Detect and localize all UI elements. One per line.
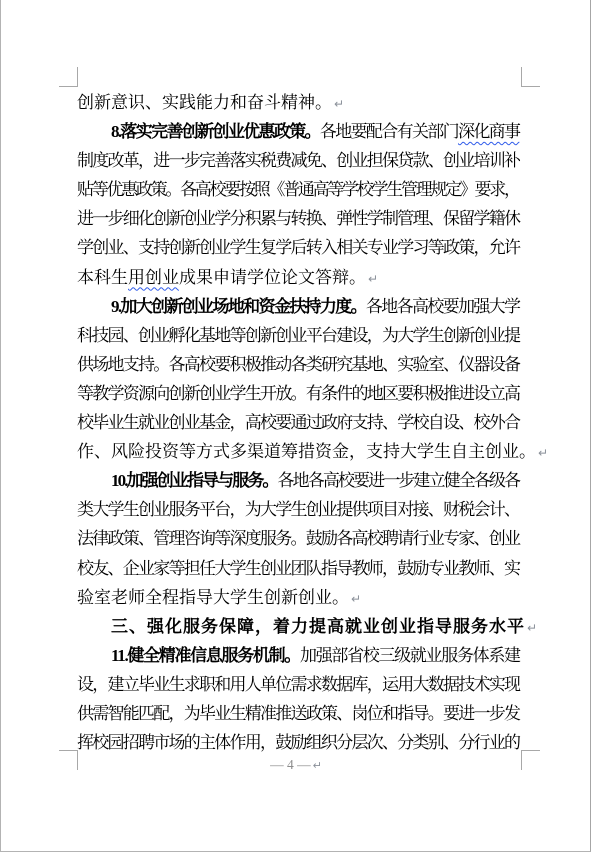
- paragraph-mark: ↵: [351, 592, 361, 606]
- text-line: 校友、企业家等担任大学生创业团队指导教师，鼓励专业教师、实: [77, 554, 521, 583]
- body-text: 加强部省校三级就业服务体系建: [300, 646, 520, 665]
- section-heading: 三、强化服务保障，着力提高就业创业指导服务水平: [111, 617, 525, 636]
- text-line: 类大学生创业服务平台，为大学生创业提供项目对接、财税会计、: [77, 495, 521, 524]
- body-text: 各地要配合有关部门: [320, 122, 458, 141]
- body-text: 校毕业生就业创业基金，高校要通过政府支持、学校自设、校外合: [77, 413, 519, 432]
- text-line: 进一步细化创新创业学分积累与转换、弹性学制管理、保留学籍休: [77, 204, 521, 233]
- text-line: 法律政策、管理咨询等深度服务。鼓励各高校聘请行业专家、创业: [77, 524, 521, 553]
- first-line-indent: [77, 136, 111, 137]
- page-number: — 4 —: [270, 757, 311, 772]
- text-line: 供场地支持。各高校要积极推动各类研究基地、实验室、仪器设备: [77, 350, 521, 379]
- text-line: 设，建立毕业生求职和用人单位需求数据库，运用大数据技术实现: [77, 670, 521, 699]
- text-line: 8.落实完善创新创业优惠政策。各地要配合有关部门深化商事: [77, 117, 521, 146]
- text-line: 本科生用创业成果申请学位论文答辩。↵: [77, 263, 521, 292]
- body-text: 本科生: [77, 268, 128, 287]
- text-line: 制度改革，进一步完善落实税费减免、创业担保贷款、创业培训补: [77, 146, 521, 175]
- text-line: 等教学资源向创新创业学生开放。有条件的地区要积极推进设立高: [77, 379, 521, 408]
- paragraph-lead-bold: 9.加大创新创业场地和资金扶持力度。: [111, 297, 366, 316]
- body-text: 挥校园招聘市场的主体作用，鼓励组织分层次、分类别、分行业的: [77, 733, 519, 752]
- paragraph-mark: ↵: [313, 759, 322, 772]
- body-text: 科技园、创业孵化基地等创新创业平台建设，为大学生创新创业提: [77, 326, 519, 345]
- text-line: 9.加大创新创业场地和资金扶持力度。各地各高校要加强大学: [77, 292, 521, 321]
- body-text: 验室老师全程指导大学生创新创业。: [77, 588, 349, 607]
- text-line: 供需智能匹配，为毕业生精准推送政策、岗位和指导。要进一步发: [77, 699, 521, 728]
- paragraph-mark: ↵: [527, 621, 537, 635]
- body-text: 类大学生创业服务平台，为大学生创业提供项目对接、财税会计、: [77, 500, 519, 519]
- body-text: 校友、企业家等担任大学生创业团队指导教师，鼓励专业教师、实: [77, 559, 519, 578]
- body-text: 进一步细化创新创业学分积累与转换、弹性学制管理、保留学籍休: [77, 209, 519, 228]
- body-text: 设，建立毕业生求职和用人单位需求数据库，运用大数据技术实现: [77, 675, 519, 694]
- text-line: 11.健全精准信息服务机制。加强部省校三级就业服务体系建: [77, 641, 521, 670]
- text-line: 三、强化服务保障，着力提高就业创业指导服务水平↵: [77, 612, 521, 641]
- text-area: 创新意识、实践能力和奋斗精神。↵8.落实完善创新创业优惠政策。各地要配合有关部门…: [77, 88, 521, 757]
- first-line-indent: [77, 631, 111, 632]
- body-text: 供场地支持。各高校要积极推动各类研究基地、实验室、仪器设备: [77, 355, 519, 374]
- body-text: 成果申请学位论文答辩。: [179, 268, 366, 287]
- body-text: 学创业、支持创新创业学生复学后转入相关专业学习等政策，允许: [77, 238, 519, 257]
- text-line: 10.加强创业指导与服务。各地各高校要进一步建立健全各级各: [77, 466, 521, 495]
- text-line: 贴等优惠政策。各高校要按照《普通高等学校学生管理规定》要求，: [77, 175, 521, 204]
- first-line-indent: [77, 311, 111, 312]
- body-text: 制度改革，进一步完善落实税费减免、创业担保贷款、创业培训补: [77, 151, 519, 170]
- first-line-indent: [77, 660, 111, 661]
- paragraph-lead-bold: 11.健全精准信息服务机制。: [111, 646, 300, 665]
- text-line: 作、风险投资等方式多渠道筹措资金，支持大学生自主创业。↵: [77, 437, 521, 466]
- body-text: 等教学资源向创新创业学生开放。有条件的地区要积极推进设立高: [77, 384, 519, 403]
- text-line: 挥校园招聘市场的主体作用，鼓励组织分层次、分类别、分行业的: [77, 728, 521, 757]
- text-line: 创新意识、实践能力和奋斗精神。↵: [77, 88, 521, 117]
- body-text: 作、风险投资等方式多渠道筹措资金，支持大学生自主创业。: [77, 442, 536, 461]
- body-text: 供需智能匹配，为毕业生精准推送政策、岗位和指导。要进一步发: [77, 704, 519, 723]
- paragraph-mark: ↵: [334, 97, 344, 111]
- paragraph-mark: ↵: [538, 446, 548, 460]
- document-viewport: 创新意识、实践能力和奋斗精神。↵8.落实完善创新创业优惠政策。各地要配合有关部门…: [0, 0, 597, 852]
- body-text: 贴等优惠政策。各高校要按照《普通高等学校学生管理规定》要求，: [77, 180, 519, 199]
- body-text: 各地各高校要加强大学: [366, 297, 519, 316]
- text-boundary-mark-top-left: [59, 67, 78, 87]
- paragraph-lead-bold: 10.加强创业指导与服务。: [111, 471, 278, 490]
- first-line-indent: [77, 485, 111, 486]
- text-line: 科技园、创业孵化基地等创新创业平台建设，为大学生创新创业提: [77, 321, 521, 350]
- body-text: 各地各高校要进一步建立健全各级各: [278, 471, 520, 490]
- body-text: 创新意识、实践能力和奋斗精神。: [77, 93, 332, 112]
- page-footer: — 4 —↵: [1, 757, 591, 773]
- spellcheck-flagged-text: 深化商事: [458, 122, 519, 141]
- body-text: 法律政策、管理咨询等深度服务。鼓励各高校聘请行业专家、创业: [77, 529, 519, 548]
- paragraph-lead-bold: 8.落实完善创新创业优惠政策。: [111, 122, 320, 141]
- text-line: 校毕业生就业创业基金，高校要通过政府支持、学校自设、校外合: [77, 408, 521, 437]
- paragraph-mark: ↵: [368, 272, 378, 286]
- spellcheck-flagged-text: 用创业: [128, 268, 179, 287]
- text-line: 验室老师全程指导大学生创新创业。↵: [77, 583, 521, 612]
- document-page: 创新意识、实践能力和奋斗精神。↵8.落实完善创新创业优惠政策。各地要配合有关部门…: [0, 0, 591, 852]
- text-line: 学创业、支持创新创业学生复学后转入相关专业学习等政策，允许: [77, 233, 521, 262]
- text-boundary-mark-top-right: [521, 67, 540, 87]
